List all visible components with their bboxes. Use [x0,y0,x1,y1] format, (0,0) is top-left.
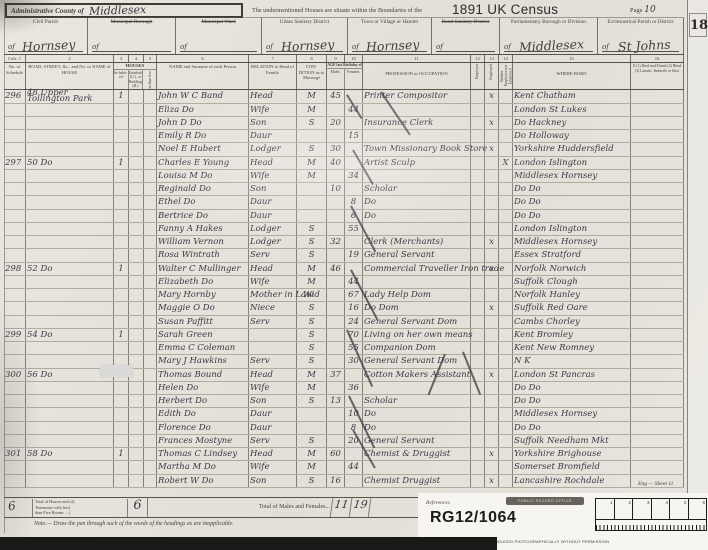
cell-infirmity [631,210,684,222]
cell-rooms [144,369,157,381]
cell-schedule [4,302,26,314]
cell-schedule [4,196,26,208]
cell-rooms [144,382,157,394]
cell-condition [297,422,327,434]
cell-uninhabited [129,342,144,354]
cell-name: Noel E Hubert [157,143,249,155]
cell-schedule [4,104,26,116]
header-name: NAME and Surname of each Person [157,63,249,89]
cell-employed [485,170,499,182]
cell-condition: M [297,448,327,460]
table-row: Eliza DoWifeM44London St Lukes [4,104,684,117]
cell-rooms [144,130,157,142]
cell-name: Edith Do [157,408,249,420]
cell-condition: S [297,143,327,155]
cell-employed [485,422,499,434]
cell-age-female [345,263,363,275]
cell-infirmity [631,276,684,288]
cell-infirmity [631,435,684,447]
cell-inhabited [114,289,129,301]
cell-uninhabited [129,435,144,447]
cell-schedule [4,223,26,235]
cell-employer [471,461,485,473]
cell-employer [471,130,485,142]
cell-condition: S [297,302,327,314]
district-urban-sanitary-district: Urban Sanitary DistrictofHornsey [262,18,348,54]
column-number: 13 [485,55,499,62]
cell-relation: Serv [249,435,297,447]
district-value: Middlesex [519,38,585,52]
cell-schedule [4,422,26,434]
cell-where-born: Suffolk Red Oare [513,302,631,314]
cell-employer [471,289,485,301]
cell-schedule: 299 [4,329,26,341]
cell-age-male [327,461,345,473]
cell-employed: x [485,369,499,381]
cell-schedule [4,170,26,182]
column-number: 6 [157,55,249,62]
cell-occupation: Town Missionary Book Store [363,143,471,155]
cell-uninhabited [129,475,144,487]
cell-name: Helen Do [157,382,249,394]
cell-uninhabited [129,461,144,473]
cell-uninhabited [129,143,144,155]
cell-inhabited: 1 [114,448,129,460]
cell-where-born: Cambs Chorley [513,316,631,328]
cell-occupation: Chemist & Druggist [363,448,471,460]
cell-where-born: Somerset Bromfield [513,461,631,473]
cell-occupation: Insurance Clerk [363,117,471,129]
cell-infirmity [631,461,684,473]
cell-where-born: Middlesex Hornsey [513,236,631,248]
cell-infirmity [631,157,684,169]
cell-schedule [4,475,26,487]
column-numbers-row: Cols. 12345678910111213141516 [4,54,684,63]
cell-schedule [4,143,26,155]
cell-rooms [144,422,157,434]
header-females: Females [345,69,362,89]
cell-name: Sarah Green [157,329,249,341]
district-value: Hornsey [281,39,335,53]
cell-where-born: Middlesex Hornsey [513,408,631,420]
cell-inhabited [114,302,129,314]
cell-employer [471,236,485,248]
cell-condition: S [297,435,327,447]
cell-where-born: Kent Bromley [513,329,631,341]
page-number-value: 10 [644,5,655,15]
cell-employer [471,276,485,288]
cell-uninhabited [129,395,144,407]
cell-employer [471,117,485,129]
cell-name: Louisa M Do [157,170,249,182]
cell-employer [471,475,485,487]
cell-age-male: 10 [327,183,345,195]
cell-rooms [144,263,157,275]
cell-age-male [327,210,345,222]
district-civil-parish: Civil ParishofHornsey [4,18,88,54]
cell-relation: Mother in Law [249,289,297,301]
cell-neither [499,104,513,116]
cell-rooms [144,329,157,341]
cell-inhabited [114,382,129,394]
cell-name: Herbert Do [157,395,249,407]
cell-where-born: London Islington [513,157,631,169]
cell-where-born: Do Holloway [513,130,631,142]
cell-name: Charles E Young [157,157,249,169]
cell-relation: Son [249,395,297,407]
scan-black-bar [0,537,497,550]
cell-occupation: Commercial Traveller Iron trade [363,263,471,275]
cell-condition: S [297,395,327,407]
cell-age-female [345,369,363,381]
cell-age-male [327,196,345,208]
cell-road [26,382,114,394]
header-neither: Neither Employer nor Employed [499,63,513,89]
cell-age-male: 32 [327,236,345,248]
cell-condition: S [297,316,327,328]
cell-employed: x [485,448,499,460]
cell-inhabited [114,183,129,195]
highlight-box [100,365,133,377]
district-prefix: of [504,43,511,51]
cell-infirmity [631,143,684,155]
cell-age-male [327,342,345,354]
cell-uninhabited [129,249,144,261]
references-label: References [426,500,450,506]
cell-relation: Daur [249,196,297,208]
district-prefix: of [352,43,359,51]
cell-condition: M [297,90,327,103]
header-schedule: No. of Schedule [4,63,26,89]
ruler-number: 6 [688,499,707,519]
cell-inhabited [114,170,129,182]
cell-neither [499,117,513,129]
page-edge-strip [688,0,708,533]
cell-where-born: N K [513,355,631,367]
cell-condition: M [297,276,327,288]
cell-uninhabited [129,422,144,434]
header-condition: CON-DITION as to Marriage [297,63,327,89]
cell-where-born: London Islington [513,223,631,235]
cell-name: Susan Paffitt [157,316,249,328]
cell-name: Emily R Do [157,130,249,142]
cell-uninhabited [129,263,144,275]
cell-neither [499,355,513,367]
cell-where-born: Lancashire Rochdale [513,475,631,487]
header-relation: RELATION to Head of Family [249,63,297,89]
cell-employer [471,316,485,328]
cell-relation: Wife [249,170,297,182]
table-row: Bertrice DoDaur6DoDo Do [4,210,684,223]
cell-schedule: 298 [4,263,26,275]
cell-employer [471,104,485,116]
cell-age-male [327,408,345,420]
cell-infirmity [631,183,684,195]
cell-employed [485,130,499,142]
cell-relation: Head [249,263,297,275]
ruler-number: 1 [596,499,614,519]
column-number: 7 [249,55,297,62]
cell-age-male: 13 [327,395,345,407]
cell-infirmity [631,369,684,381]
cell-age-male [327,130,345,142]
cell-infirmity [631,249,684,261]
census-scan-page: Administrative County of Middlesex The u… [0,0,708,550]
cell-employer [471,422,485,434]
cell-occupation [363,104,471,116]
cell-road [26,276,114,288]
cell-rooms [144,170,157,182]
cell-name: Bertrice Do [157,210,249,222]
cell-age-female: 36 [345,382,363,394]
cell-employed [485,276,499,288]
cell-occupation: Do [363,196,471,208]
column-number: 11 [363,55,471,62]
header-where-born: WHERE BORN [513,63,631,89]
cell-name: Thomas C Lindsey [157,448,249,460]
cell-neither [499,316,513,328]
district-value: Hornsey [366,39,420,53]
cell-age-male: 45 [327,90,345,103]
cell-inhabited [114,210,129,222]
cell-relation: Daur [249,408,297,420]
cell-occupation: Clerk (Merchants) [363,236,471,248]
cell-inhabited [114,276,129,288]
cell-road [26,223,114,235]
cell-rooms [144,157,157,169]
cell-schedule [4,342,26,354]
cell-schedule [4,408,26,420]
cell-relation: Head [249,90,297,103]
cell-employer [471,342,485,354]
cell-inhabited [114,316,129,328]
cell-occupation [363,382,471,394]
cell-rooms [144,435,157,447]
table-row: Rosa WintrathServS19General ServantEssex… [4,249,684,262]
cell-uninhabited [129,210,144,222]
sheet-label: Eng — Sheet 11 [638,481,673,487]
cell-neither [499,448,513,460]
females-total: 19 [349,498,372,518]
cell-relation: Son [249,117,297,129]
cell-condition: S [297,236,327,248]
cell-rooms [144,104,157,116]
cell-relation: Daur [249,422,297,434]
cell-relation: Head [249,157,297,169]
table-row: Martha M DoWifeM44Somerset Bromfield [4,461,684,474]
cell-employed: x [485,117,499,129]
males-females-label: Total of Males and Females... [154,504,330,510]
cell-neither [499,329,513,341]
cell-relation: Head [249,369,297,381]
cell-name: Fanny A Hakes [157,223,249,235]
cell-rooms [144,342,157,354]
cell-neither [499,183,513,195]
cell-neither [499,263,513,275]
ruler-number: 2 [614,499,633,519]
cell-neither [499,395,513,407]
cell-condition: M [297,461,327,473]
cell-uninhabited [129,276,144,288]
cell-rooms [144,289,157,301]
cell-relation: Son [249,475,297,487]
table-row: Robert W DoSonS16Chemist DruggistxLancas… [4,475,684,488]
table-row: Mary HornbyMother in LawWid67Lady Help D… [4,289,684,302]
cell-condition: M [297,170,327,182]
cell-road [26,475,114,487]
cell-name: Reginald Do [157,183,249,195]
cell-uninhabited [129,382,144,394]
table-row: Louisa M DoWifeM34Middlesex Hornsey [4,170,684,183]
district-municipal-ward: Municipal Wardof [176,18,262,54]
table-row: Emma C ColemanS55Companion DomKent New R… [4,342,684,355]
cell-road [26,143,114,155]
cell-schedule: 300 [4,369,26,381]
cell-employed: x [485,302,499,314]
table-row: Noel E HubertLodgerS30Town Missionary Bo… [4,143,684,156]
cell-inhabited [114,342,129,354]
cell-uninhabited [129,329,144,341]
cell-rooms [144,448,157,460]
cell-age-male: 60 [327,448,345,460]
cell-name: Rosa Wintrath [157,249,249,261]
cell-infirmity [631,302,684,314]
cell-employed [485,461,499,473]
cell-where-born: Suffolk Needham Mkt [513,435,631,447]
public-record-office-stamp: PUBLIC RECORD OFFICE [506,497,584,505]
header-employer: Employer [471,63,485,89]
table-row: Frances MostyneServS20General ServantSuf… [4,435,684,448]
cell-rooms [144,302,157,314]
table-row: Susan PaffittServS24General Servant DomC… [4,316,684,329]
ruler-number: 4 [651,499,670,519]
cell-inhabited: 1 [114,329,129,341]
cell-relation: Niece [249,302,297,314]
cell-where-born: Do Do [513,395,631,407]
cell-where-born: Do Do [513,210,631,222]
cell-name: Walter C Mullinger [157,263,249,275]
column-number: 9 [327,55,345,62]
cell-employed: x [485,236,499,248]
cell-age-female: 19 [345,249,363,261]
cell-age-male [327,223,345,235]
cell-uninhabited [129,117,144,129]
table-row: 29750 Do1Charles E YoungHeadM40Artist Sc… [4,157,684,170]
cell-occupation: Do Dom [363,302,471,314]
cell-neither [499,342,513,354]
cell-occupation [363,130,471,142]
table-row: Emily R DoDaur15Do Holloway [4,130,684,143]
houses-total-label: Total of Houses and of) Tenements with l… [32,499,128,518]
column-number: 15 [513,55,631,62]
cell-inhabited [114,236,129,248]
cell-employer [471,302,485,314]
cell-road [26,302,114,314]
cell-relation: Son [249,183,297,195]
page-number-label: Page [630,7,643,14]
cell-road [26,117,114,129]
cell-uninhabited [129,236,144,248]
cell-road [26,130,114,142]
cell-inhabited [114,104,129,116]
cell-age-female: 8 [345,196,363,208]
cell-road [26,170,114,182]
cell-age-female: 16 [345,302,363,314]
cell-where-born: Do Do [513,422,631,434]
cell-neither [499,408,513,420]
cell-neither [499,90,513,103]
cell-condition: S [297,117,327,129]
cell-infirmity [631,223,684,235]
cell-where-born: Norfolk Hanley [513,289,631,301]
column-number: 10 [345,55,363,62]
district-prefix: of [266,43,273,51]
cell-schedule [4,249,26,261]
cell-inhabited: 1 [114,157,129,169]
cell-occupation: General Servant [363,249,471,261]
cell-employer [471,223,485,235]
cell-relation [249,342,297,354]
cell-employed [485,104,499,116]
cell-neither [499,223,513,235]
cell-relation: Wife [249,276,297,288]
cell-road [26,249,114,261]
cell-rooms [144,395,157,407]
cell-name: Frances Mostyne [157,435,249,447]
cell-where-born: Do Do [513,196,631,208]
cell-where-born: Do Do [513,382,631,394]
table-row: 29852 Do1Walter C MullingerHeadM46Commer… [4,263,684,276]
cell-neither [499,210,513,222]
cell-name: William Vernon [157,236,249,248]
administrative-county-box: Administrative County of Middlesex [5,3,243,18]
cell-employer [471,408,485,420]
cell-age-male [327,302,345,314]
table-row: Ethel DoDaur8DoDo Do [4,196,684,209]
cell-uninhabited [129,316,144,328]
cell-age-female: 44 [345,461,363,473]
cell-road: 52 Do [26,263,114,275]
column-number: 8 [297,55,327,62]
cell-employer [471,143,485,155]
district-prefix: of [8,43,15,51]
district-value-line: ofHornsey [352,25,427,52]
table-row: 29648 Upper Tollington Park1John W C Ban… [4,90,684,104]
cell-infirmity [631,408,684,420]
cell-infirmity [631,236,684,248]
cell-age-female [345,448,363,460]
cell-name: Mary Hornby [157,289,249,301]
cell-employed [485,435,499,447]
cell-age-female [345,183,363,195]
cell-employer [471,263,485,275]
cell-relation: Lodger [249,143,297,155]
cell-name: Maggie O Do [157,302,249,314]
cell-name: John D Do [157,117,249,129]
cell-rooms [144,90,157,103]
cell-road [26,422,114,434]
cell-age-male [327,104,345,116]
cell-relation: Wife [249,461,297,473]
cell-road [26,408,114,420]
cell-age-male: 37 [327,369,345,381]
cell-neither [499,196,513,208]
table-row: John D DoSonS20Insurance ClerkxDo Hackne… [4,117,684,130]
cell-where-born: London St Pancras [513,369,631,381]
cell-schedule [4,461,26,473]
cell-inhabited [114,117,129,129]
administrative-county-label: Administrative County of [11,7,84,15]
